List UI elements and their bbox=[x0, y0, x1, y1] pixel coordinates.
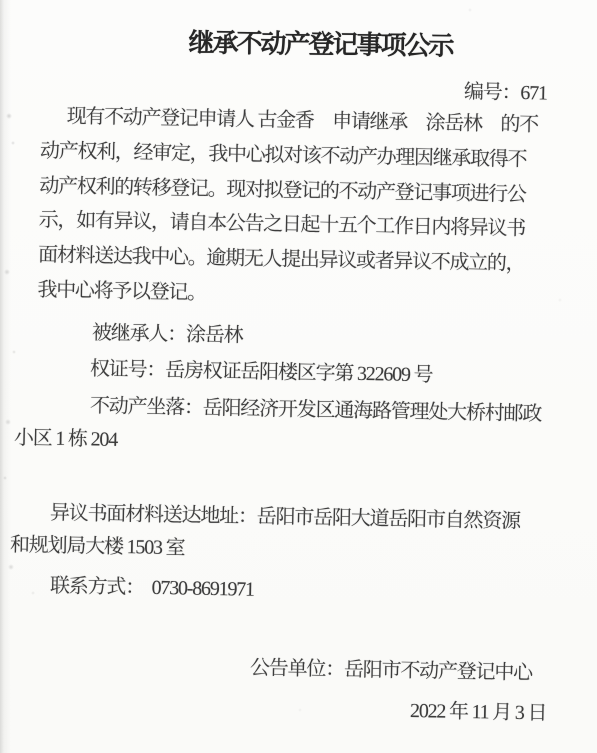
heir-line: 被继承人：涂岳林 bbox=[92, 320, 243, 349]
issuer-line: 公告单位：岳阳市不动产登记中心 bbox=[250, 655, 532, 686]
doc-number: 编号：671 bbox=[464, 79, 547, 107]
date-line: 2022 年 11 月 3 日 bbox=[410, 698, 547, 726]
property-location-line2: 小区 1 栋 204 bbox=[14, 425, 117, 453]
objection-address-line2: 和规划局大楼 1503 室 bbox=[10, 532, 185, 561]
property-location-line1: 不动产坐落：岳阳经济开发区通海路管理处大桥村邮政 bbox=[90, 393, 542, 427]
objection-address-line1: 异议书面材料送达地址：岳阳市岳阳大道岳阳市自然资源 bbox=[50, 500, 520, 535]
notice-body-paragraph: 现有不动产登记申请人 古金香 申请继承 涂岳林 的不 动产权利，经审定，我中心拟… bbox=[37, 99, 561, 317]
contact-line: 联系方式： 0730-8691971 bbox=[50, 573, 254, 603]
notice-title: 继承不动产登记事项公示 bbox=[22, 20, 597, 65]
certificate-number-line: 权证号：岳房权证岳阳楼区字第 322609 号 bbox=[90, 356, 433, 388]
scanned-notice-page: 继承不动产登记事项公示 编号：671 现有不动产登记申请人 古金香 申请继承 涂… bbox=[0, 0, 597, 753]
